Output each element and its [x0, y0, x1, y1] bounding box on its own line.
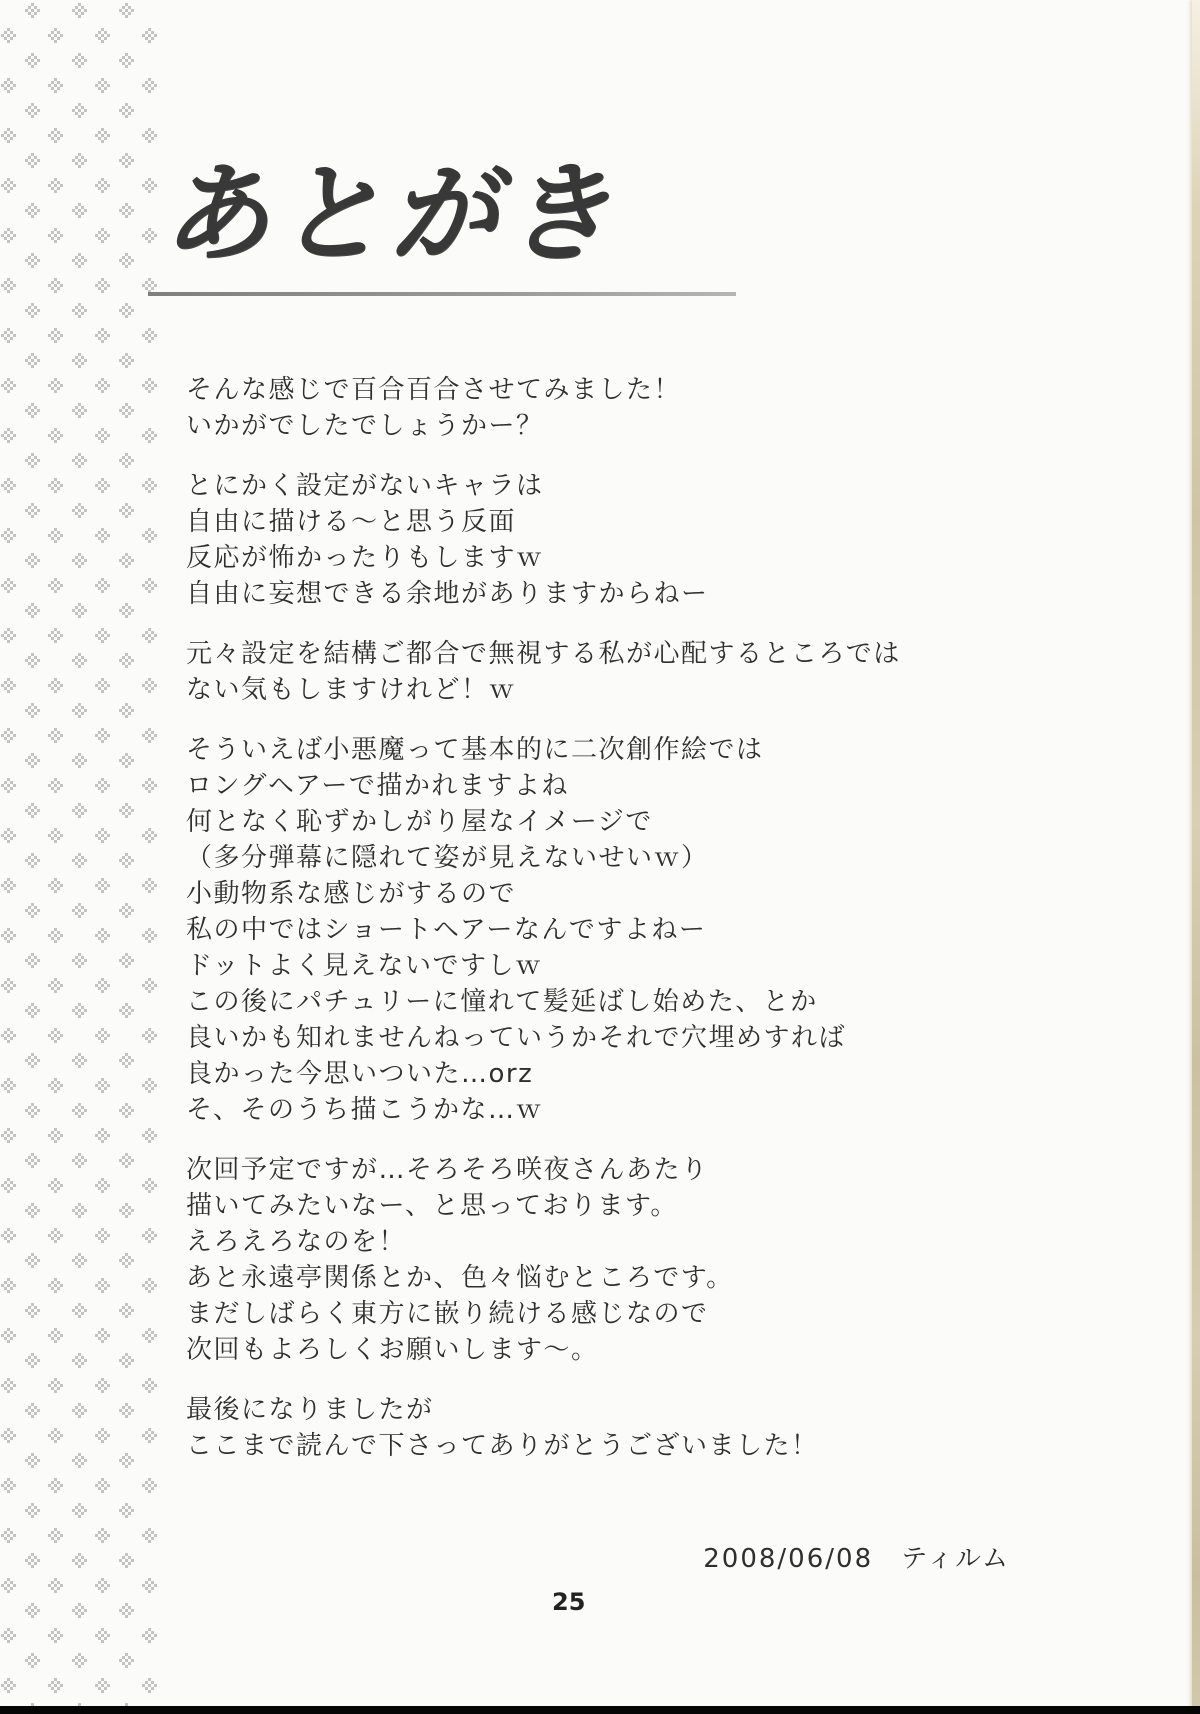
dot-pattern [0, 0, 165, 1714]
text-line: まだしばらく東方に嵌り続ける感じなので [186, 1296, 1126, 1332]
text-line: 反応が怖かったりもしますｗ [186, 540, 1126, 576]
signature-date: 2008/06/08 [703, 1544, 873, 1574]
text-line: 最後になりましたが [186, 1392, 1126, 1428]
right-page-edge [1192, 0, 1200, 1714]
text-line: 自由に妄想できる余地がありますからねー [186, 576, 1126, 612]
afterword-paragraph: 元々設定を結構ご都合で無視する私が心配するところでは ない気もしますけれど！ｗ [186, 636, 1126, 708]
title-underline [148, 292, 736, 296]
text-line: 私の中ではショートヘアーなんですよねー [186, 912, 1126, 948]
text-line: ロングヘアーで描かれますよね [186, 768, 1126, 804]
text-line: 何となく恥ずかしがり屋なイメージで [186, 804, 1126, 840]
text-line: とにかく設定がないキャラは [186, 468, 1126, 504]
text-line: 小動物系な感じがするので [186, 876, 1126, 912]
afterword-paragraph: 次回予定ですが…そろそろ咲夜さんあたり 描いてみたいなー、と思っております。 え… [186, 1152, 1126, 1368]
text-line: そういえば小悪魔って基本的に二次創作絵では [186, 732, 1126, 768]
signature: 2008/06/08ティルム [703, 1538, 1010, 1575]
text-line: 次回予定ですが…そろそろ咲夜さんあたり [186, 1152, 1126, 1188]
text-line: そんな感じで百合百合させてみました！ [186, 372, 1126, 408]
afterword-paragraph: そんな感じで百合百合させてみました！ いかがでしたでしょうかー？ [186, 372, 1126, 444]
afterword-page: あとがき そんな感じで百合百合させてみました！ いかがでしたでしょうかー？ とに… [0, 0, 1200, 1714]
page-number: 25 [552, 1588, 585, 1616]
text-line: 自由に描ける～と思う反面 [186, 504, 1126, 540]
afterword-paragraph: とにかく設定がないキャラは 自由に描ける～と思う反面 反応が怖かったりもしますｗ… [186, 468, 1126, 612]
text-line: 良かった今思いついた…orz [186, 1056, 1126, 1092]
signature-author: ティルム [901, 1544, 1010, 1574]
text-line: ここまで読んで下さってありがとうございました！ [186, 1428, 1126, 1464]
afterword-paragraph: 最後になりましたが ここまで読んで下さってありがとうございました！ [186, 1392, 1126, 1464]
bottom-scan-edge [0, 1706, 1200, 1714]
text-line: あと永遠亭関係とか、色々悩むところです。 [186, 1260, 1126, 1296]
text-line: この後にパチュリーに憧れて髪延ばし始めた、とか [186, 984, 1126, 1020]
text-line: 元々設定を結構ご都合で無視する私が心配するところでは [186, 636, 1126, 672]
text-line: そ、そのうち描こうかな…ｗ [186, 1092, 1126, 1128]
text-line: えろえろなのを！ [186, 1224, 1126, 1260]
afterword-body: そんな感じで百合百合させてみました！ いかがでしたでしょうかー？ とにかく設定が… [186, 372, 1126, 1488]
text-line: いかがでしたでしょうかー？ [186, 408, 1126, 444]
text-line: 次回もよろしくお願いします～。 [186, 1332, 1126, 1368]
text-line: （多分弾幕に隠れて姿が見えないせいｗ） [186, 840, 1126, 876]
afterword-paragraph: そういえば小悪魔って基本的に二次創作絵では ロングヘアーで描かれますよね 何とな… [186, 732, 1126, 1128]
text-line: ない気もしますけれど！ｗ [186, 672, 1126, 708]
text-line: 描いてみたいなー、と思っております。 [186, 1188, 1126, 1224]
text-line: 良いかも知れませんねっていうかそれで穴埋めすれば [186, 1020, 1126, 1056]
text-line: ドットよく見えないですしｗ [186, 948, 1126, 984]
page-title: あとがき [158, 158, 638, 271]
